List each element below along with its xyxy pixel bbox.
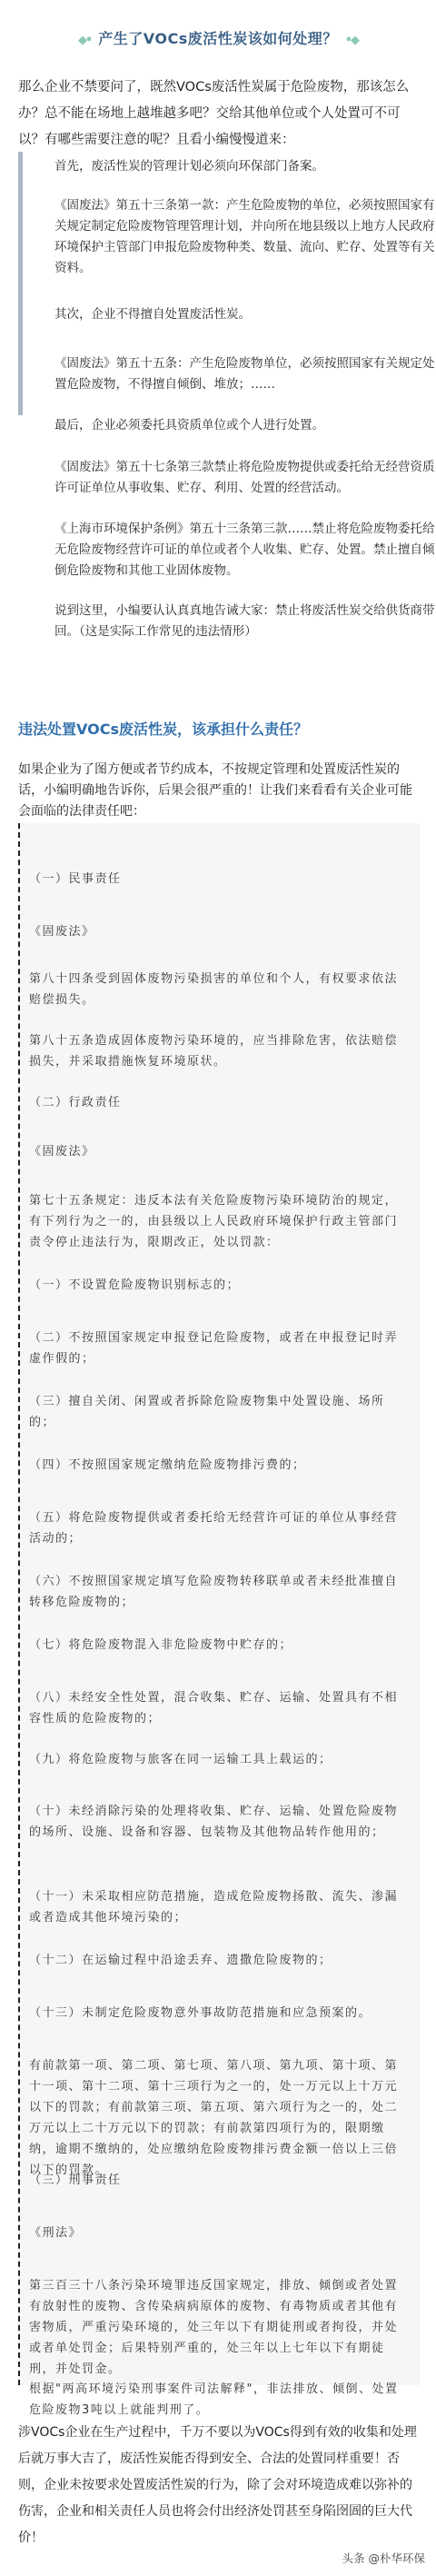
section2-intro: 如果企业为了图方便或者节约成本，不按规定管理和处置废活性炭的话，小编明确地告诉你… (18, 760, 418, 822)
legal-paragraph: 根据"两高环境污染刑事案件司法解释"，非法排放、倾倒、处置危险废物3吨以上就能判… (29, 2379, 411, 2421)
quote-paragraph: 《固废法》第五十五条：产生危险废物单位，必须按照国家有关规定处置危险废物，不得擅… (54, 353, 436, 395)
legal-item: （七）将危险废物混入非危险废物中贮存的； (29, 1635, 411, 1656)
regulation-quote-block: 首先，废活性炭的管理计划必须向环保部门备案。 《固废法》第五十三条第一款：产生危… (18, 152, 422, 415)
quote-paragraph: 首先，废活性炭的管理计划必须向环保部门备案。 (54, 156, 436, 177)
legal-heading-criminal: （三）刑事责任 (29, 2170, 411, 2191)
section1-title: ◆•产生了VOCs废活性炭该如何处理？•◆ (0, 27, 436, 48)
legal-item: （二）不按照国家规定申报登记危险废物，或者在申报登记时弄虚作假的； (29, 1328, 411, 1369)
legal-item: （十三）未制定危险废物意外事故防范措施和应急预案的。 (29, 2003, 411, 2024)
quote-paragraph: 《固废法》第五十七条第三款禁止将危险废物提供或委托给无经营资质许可证单位从事收集… (54, 457, 436, 499)
legal-heading-civil: （一）民事责任 (29, 869, 411, 890)
diamond-decoration-icon: ◆• (78, 34, 91, 47)
article-page: ◆•产生了VOCs废活性炭该如何处理？•◆ 那么企业不禁要问了，既然VOCs废活… (0, 0, 436, 2576)
source-attribution: 头条 @朴华环保 (342, 2550, 425, 2566)
legal-paragraph: 第八十四条受到固体废物污染损害的单位和个人，有权要求依法赔偿损失。 (29, 969, 411, 1010)
legal-item: （五）将危险废物提供或者委托给无经营许可证的单位从事经营活动的； (29, 1507, 411, 1549)
legal-item: （四）不按照国家规定缴纳危险废物排污费的； (29, 1455, 411, 1476)
legal-item: （九）将危险废物与旅客在同一运输工具上载运的； (29, 1749, 411, 1770)
diamond-decoration-icon: •◆ (345, 34, 358, 47)
legal-item: （三）擅自关闭、闲置或者拆除危险废物集中处置设施、场所的； (29, 1391, 411, 1433)
legal-liability-box: （一）民事责任 《固废法》 第八十四条受到固体废物污染损害的单位和个人，有权要求… (18, 823, 420, 2385)
quote-paragraph: 说到这里，小编要认认真真地告诫大家：禁止将废活性炭交给供货商带回。（这是实际工作… (54, 601, 436, 642)
legal-paragraph: 第七十五条规定：违反本法有关危险废物污染环境防治的规定，有下列行为之一的，由县级… (29, 1190, 411, 1253)
legal-item: （十）未经消除污染的处理将收集、贮存、运输、处置危险废物的场所、设施、设备和容器… (29, 1801, 411, 1843)
quote-paragraph: 其次，企业不得擅自处置废活性炭。 (54, 304, 436, 325)
legal-heading-administrative: （二）行政责任 (29, 1092, 411, 1113)
legal-item: （六）不按照国家规定填写危险废物转移联单或者未经批准擅自转移危险废物的； (29, 1571, 411, 1613)
legal-item: （十二）在运输过程中沿途丢弃、遗撒危险废物的； (29, 1950, 411, 1971)
legal-paragraph: 第三百三十八条污染环境罪违反国家规定，排放、倾倒或者处置有放射性的废物、含传染病… (29, 2275, 411, 2380)
law-name: 《固废法》 (29, 1141, 411, 1162)
legal-item: （八）未经安全性处置，混合收集、贮存、运输、处置具有不相容性质的危险废物的； (29, 1687, 411, 1729)
section1-title-text: 产生了VOCs废活性炭该如何处理？ (98, 30, 337, 47)
quote-paragraph: 《固废法》第五十三条第一款：产生危险废物的单位，必须按照国家有关规定制定危险废物… (54, 195, 436, 279)
quote-paragraph: 《上海市环境保护条例》第五十三条第三款……禁止将危险废物委托给无危险废物经营许可… (54, 519, 436, 582)
closing-paragraph: 涉VOCs企业在生产过程中，千万不要以为VOCs得到有效的收集和处理后就万事大吉… (18, 2420, 418, 2551)
legal-paragraph: 第八十五条造成固体废物污染环境的，应当排除危害，依法赔偿损失，并采取措施恢复环境… (29, 1030, 411, 1072)
law-name: 《固废法》 (29, 921, 411, 942)
legal-item: （一）不设置危险废物识别标志的； (29, 1275, 411, 1296)
legal-item: （十一）未采取相应防范措施，造成危险废物扬散、流失、渗漏或者造成其他环境污染的； (29, 1886, 411, 1928)
section2-title: 违法处置VOCs废活性炭，该承担什么责任？ (18, 718, 418, 739)
section1-intro: 那么企业不禁要问了，既然VOCs废活性炭属于危险废物，那该怎么办？总不能在场地上… (18, 75, 418, 154)
quote-paragraph: 最后，企业必须委托具资质单位或个人进行处置。 (54, 415, 436, 436)
legal-paragraph: 有前款第一项、第二项、第七项、第八项、第九项、第十项、第十一项、第十二项、第十三… (29, 2055, 411, 2181)
law-name: 《刑法》 (29, 2223, 411, 2243)
